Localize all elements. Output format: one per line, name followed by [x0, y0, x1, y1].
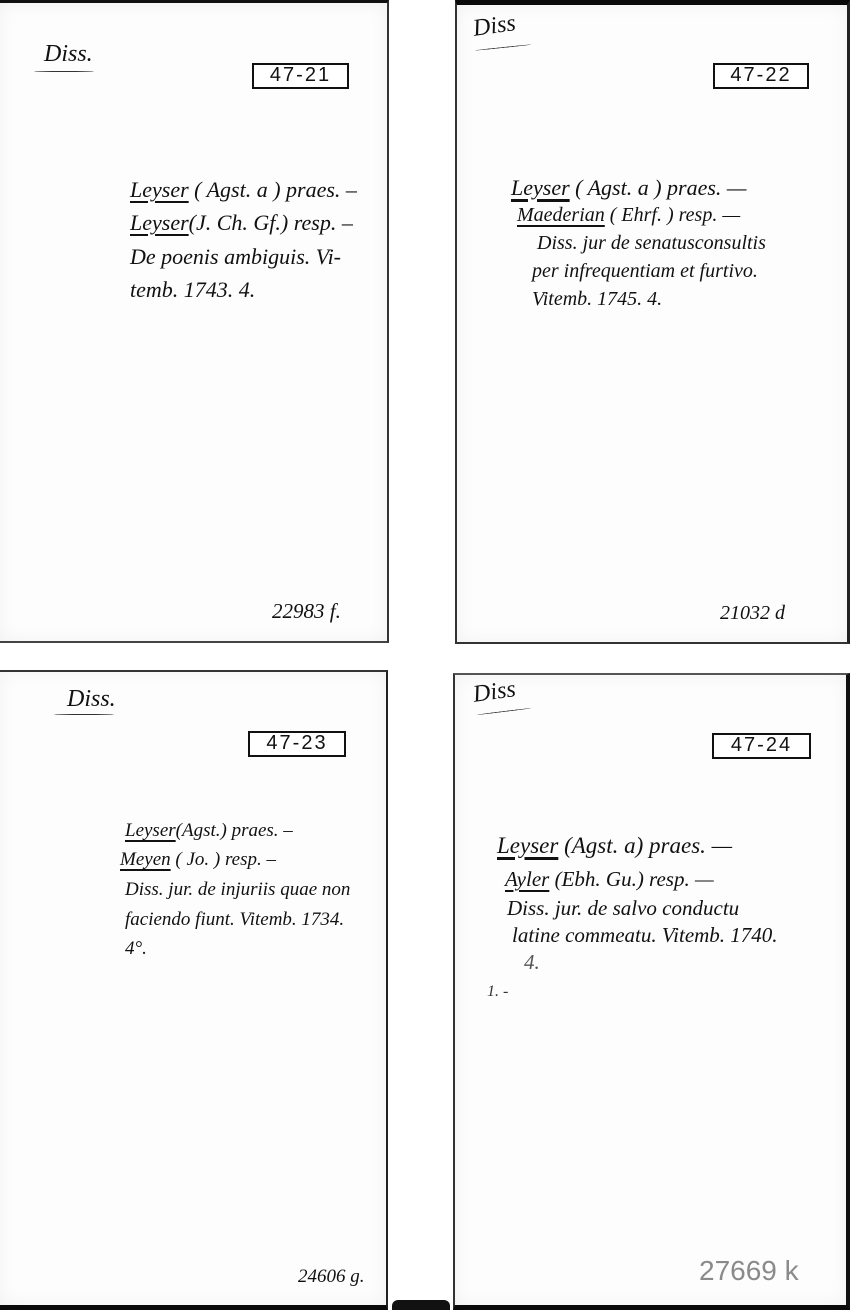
respondent-name: Meyen — [120, 849, 171, 870]
presiding-detail: ( Agst. a ) praes. – — [189, 177, 357, 202]
card-type-label: Diss — [471, 676, 517, 708]
title-line: Diss. jur de senatusconsultis — [537, 232, 766, 255]
call-number-box: 47-21 — [252, 63, 349, 89]
card-type-label: Diss — [471, 10, 517, 42]
presiding-detail: (Agst. a) praes. — — [558, 833, 732, 858]
respondent-line: Maederian ( Ehrf. ) resp. — — [517, 204, 740, 227]
respondent-detail: (J. Ch. Gf.) resp. – — [189, 210, 353, 235]
label-underline — [477, 708, 531, 716]
accession-number: 21032 d — [720, 602, 785, 625]
title-line: per infrequentiam et furtivo. — [532, 260, 758, 283]
label-underline — [34, 71, 94, 72]
card-type-label: Diss. — [67, 686, 116, 712]
presiding-name: Leyser — [130, 177, 189, 202]
respondent-detail: (Ebh. Gu.) resp. — — [549, 867, 713, 891]
presiding-name: Leyser — [511, 175, 570, 200]
catalog-card-47-24: Diss 47-24 Leyser (Agst. a) praes. — Ayl… — [453, 673, 850, 1310]
accession-number: 22983 f. — [272, 599, 341, 624]
label-underline — [475, 44, 531, 51]
title-line: latine commeatu. Vitemb. 1740. — [512, 923, 778, 948]
respondent-line: Ayler (Ebh. Gu.) resp. — — [505, 867, 714, 892]
title-line: De poenis ambiguis. Vi- — [130, 244, 341, 270]
presiding-name: Leyser — [497, 833, 558, 858]
title-line: 4. — [524, 950, 540, 975]
presiding-detail: ( Agst. a ) praes. — — [570, 175, 747, 200]
respondent-detail: ( Ehrf. ) resp. — — [605, 204, 740, 226]
title-line: faciendo fiunt. Vitemb. 1734. — [125, 909, 344, 931]
respondent-name: Leyser — [130, 210, 189, 235]
respondent-line: Meyen ( Jo. ) resp. – — [120, 849, 276, 871]
call-number-box: 47-24 — [712, 733, 811, 759]
presiding-detail: (Agst.) praes. – — [176, 820, 293, 841]
presiding-line: Leyser (Agst. a) praes. — — [497, 833, 732, 859]
title-line: Vitemb. 1745. 4. — [532, 288, 662, 311]
card-type-label: Diss. — [44, 41, 93, 67]
accession-number-pencil: 27669 k — [699, 1255, 799, 1287]
label-underline — [54, 714, 114, 715]
presiding-line: Leyser ( Agst. a ) praes. – — [130, 177, 357, 203]
catalog-card-47-23: Diss. 47-23 Leyser(Agst.) praes. – Meyen… — [0, 670, 388, 1310]
catalog-card-47-21: Diss. 47-21 Leyser ( Agst. a ) praes. – … — [0, 0, 389, 643]
title-line: Diss. jur. de salvo conductu — [507, 896, 739, 921]
respondent-name: Maederian — [517, 204, 605, 226]
presiding-line: Leyser(Agst.) praes. – — [125, 820, 293, 842]
title-line: 4°. — [125, 938, 147, 960]
title-line: temb. 1743. 4. — [130, 277, 255, 303]
margin-mark: 1. - — [487, 983, 508, 1001]
respondent-detail: ( Jo. ) resp. – — [171, 849, 276, 870]
scan-edge-shadow — [392, 1300, 450, 1310]
presiding-name: Leyser — [125, 820, 176, 841]
accession-number: 24606 g. — [298, 1266, 365, 1288]
presiding-line: Leyser ( Agst. a ) praes. — — [511, 175, 746, 201]
call-number-box: 47-22 — [713, 63, 809, 89]
call-number-box: 47-23 — [248, 731, 346, 757]
respondent-line: Leyser(J. Ch. Gf.) resp. – — [130, 210, 353, 236]
catalog-card-47-22: Diss 47-22 Leyser ( Agst. a ) praes. — M… — [455, 0, 850, 644]
title-line: Diss. jur. de injuriis quae non — [125, 879, 350, 901]
respondent-name: Ayler — [505, 867, 549, 891]
